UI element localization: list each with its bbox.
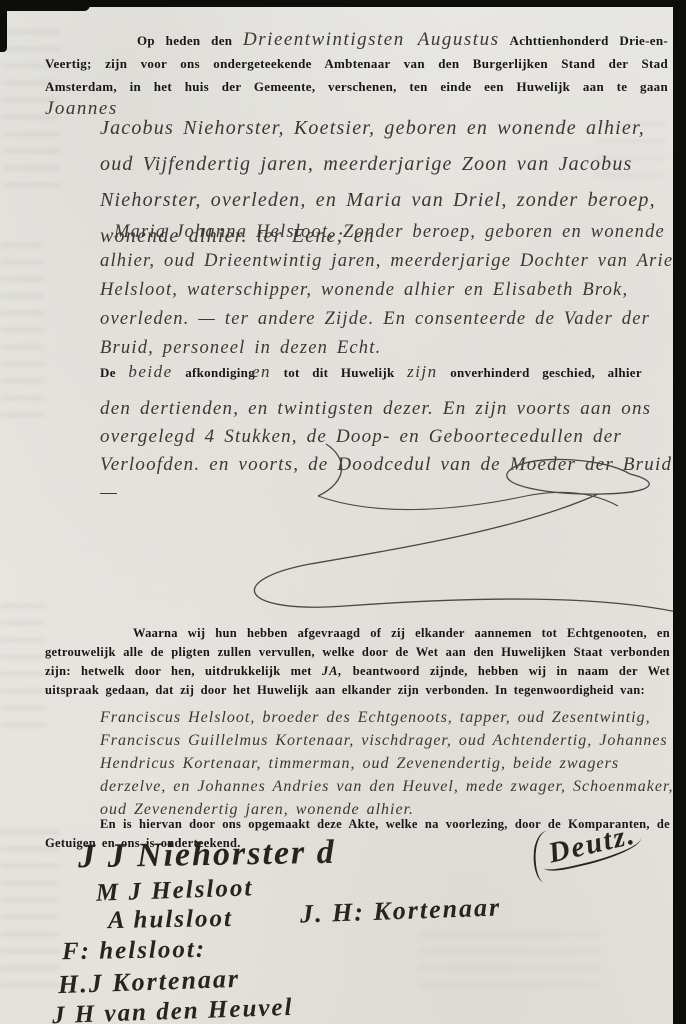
photo-edge-left [0, 0, 7, 52]
signature-hj-kortenaar: H.J Kortenaar [58, 964, 241, 1000]
banns-printed-tot: tot dit Huwelijk [284, 365, 395, 380]
signature-f-helsloot: F: helsloot: [62, 936, 207, 967]
handwritten-date: Drieentwintigsten Augustus [243, 29, 499, 50]
banns-handwritten-beide: beide [128, 362, 172, 381]
witnesses-entry: Franciscus Helsloot, broeder des Echtgen… [100, 706, 680, 821]
intro-paragraph: Op heden den Drieentwintigsten Augustus … [45, 29, 668, 121]
banns-printed-rest: onverhinderd geschied, alhier [450, 365, 642, 380]
banns-line: De beide afkondigingen tot dit Huwelijk … [100, 362, 676, 383]
printed-opening: Op heden den [137, 33, 232, 48]
page-bleedthrough [0, 830, 60, 1000]
signature-jj-niehorster: J J Niehorster d [78, 834, 336, 876]
page-bleedthrough [420, 930, 600, 1000]
photo-edge-right [673, 0, 686, 1024]
banns-printed-de: De [100, 365, 116, 380]
bride-entry: Maria Johanna Helsloot, Zonder beroep, g… [100, 218, 682, 363]
signature-jh-kortenaar: J. H: Kortenaar [300, 892, 502, 929]
signature-mj-helsloot: M J Helsloot [96, 874, 254, 907]
page-bleedthrough [0, 230, 44, 430]
photo-edge-top [0, 0, 686, 7]
banns-printed-afkondiging: afkondiging [185, 365, 255, 380]
banns-handwritten-en: en [252, 362, 271, 381]
vows-ja: JA, [322, 664, 343, 678]
vows-paragraph: Waarna wij hun hebben afgevraagd of zij … [45, 624, 670, 700]
scanned-marriage-record: Op heden den Drieentwintigsten Augustus … [0, 0, 686, 1024]
banns-handwritten-zijn: zijn [407, 362, 438, 381]
page-bleedthrough [0, 600, 46, 740]
printed-body: zijn voor ons ondergeteekende Ambtenaar … [45, 56, 668, 94]
banns-continuation: den dertienden, en twintigsten dezer. En… [100, 395, 682, 507]
signature-a-helsloot: A hulsloot [108, 905, 233, 935]
